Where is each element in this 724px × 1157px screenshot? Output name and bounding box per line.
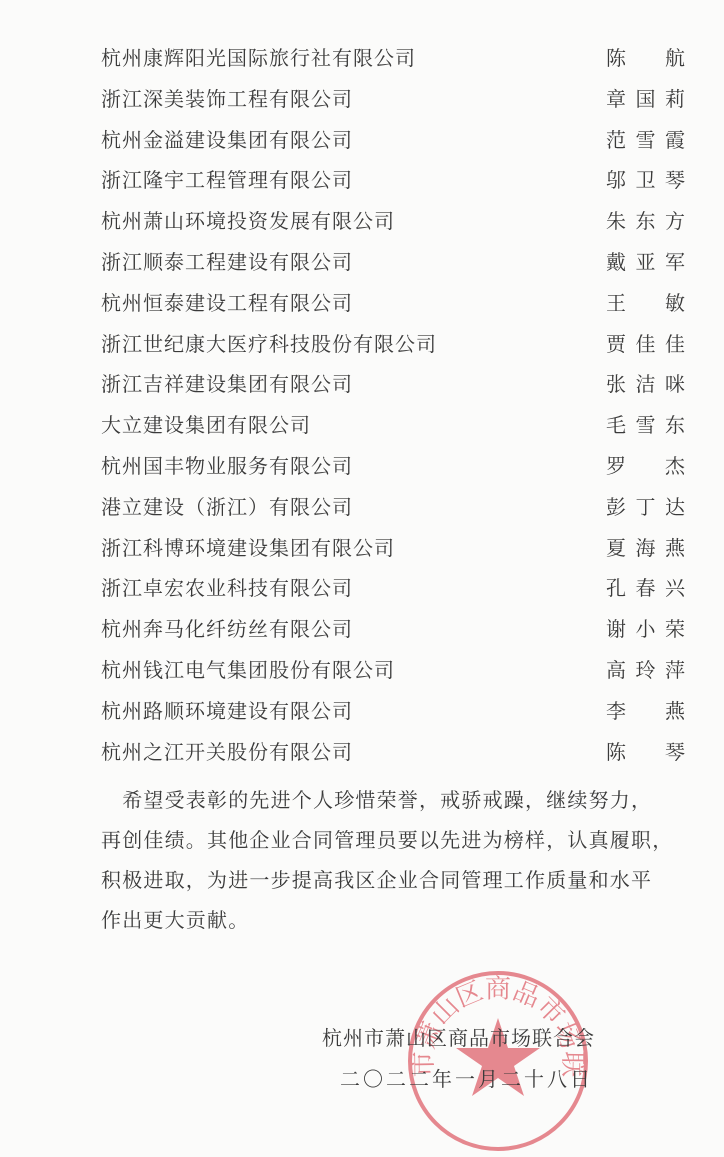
company-name: 杭州国丰物业服务有限公司	[101, 446, 353, 486]
person-name: 范雪霞	[606, 120, 686, 160]
paragraph-line: 作出更大贡献。	[101, 900, 701, 940]
person-name: 戴亚军	[606, 242, 686, 282]
paragraph-line: 积极进取，为进一步提高我区企业合同管理工作质量和水平	[101, 860, 701, 900]
company-name: 浙江隆宇工程管理有限公司	[101, 160, 353, 200]
person-name: 李 燕	[606, 691, 686, 731]
honoree-row: 浙江隆宇工程管理有限公司邬卫琴	[101, 160, 601, 201]
honoree-row: 杭州恒泰建设工程有限公司王 敏	[101, 283, 601, 324]
official-seal-icon: 杭州市萧山区商品市场联合会	[398, 966, 598, 1156]
company-name: 杭州奔马化纤纺丝有限公司	[101, 609, 353, 649]
company-name: 杭州路顺环境建设有限公司	[101, 691, 353, 731]
person-name: 夏海燕	[606, 528, 686, 568]
person-name: 贾佳佳	[606, 324, 686, 364]
company-name: 浙江吉祥建设集团有限公司	[101, 364, 353, 404]
company-name: 港立建设（浙江）有限公司	[101, 487, 353, 527]
company-name: 杭州金溢建设集团有限公司	[101, 120, 353, 160]
person-name: 谢小荣	[606, 609, 686, 649]
honoree-row: 港立建设（浙江）有限公司彭丁达	[101, 487, 601, 528]
closing-paragraph: 希望受表彰的先进个人珍惜荣誉，戒骄戒躁，继续努力， 再创佳绩。其他企业合同管理员…	[101, 780, 701, 940]
signing-date: 二〇二二年一月二十八日	[340, 1063, 593, 1092]
paragraph-line: 希望受表彰的先进个人珍惜荣誉，戒骄戒躁，继续努力，	[101, 780, 701, 820]
company-name: 浙江卓宏农业科技有限公司	[101, 568, 353, 608]
person-name: 毛雪东	[606, 405, 686, 445]
person-name: 王 敏	[606, 283, 686, 323]
honoree-row: 浙江吉祥建设集团有限公司张洁咪	[101, 364, 601, 405]
person-name: 邬卫琴	[606, 160, 686, 200]
company-name: 浙江世纪康大医疗科技股份有限公司	[101, 324, 437, 364]
person-name: 朱东方	[606, 201, 686, 241]
company-name: 浙江深美装饰工程有限公司	[101, 79, 353, 119]
honoree-row: 浙江科博环境建设集团有限公司夏海燕	[101, 528, 601, 569]
honoree-row: 大立建设集团有限公司毛雪东	[101, 405, 601, 446]
honoree-row: 浙江卓宏农业科技有限公司孔春兴	[101, 568, 601, 609]
company-name: 杭州康辉阳光国际旅行社有限公司	[101, 38, 416, 78]
honoree-row: 杭州国丰物业服务有限公司罗 杰	[101, 446, 601, 487]
company-name: 杭州钱江电气集团股份有限公司	[101, 650, 395, 690]
paragraph-line: 再创佳绩。其他企业合同管理员要以先进为榜样，认真履职，	[101, 820, 701, 860]
honoree-row: 杭州之江开关股份有限公司陈 琴	[101, 732, 601, 773]
person-name: 彭丁达	[606, 487, 686, 527]
honoree-row: 浙江顺泰工程建设有限公司戴亚军	[101, 242, 601, 283]
person-name: 高玲萍	[606, 650, 686, 690]
person-name: 罗 杰	[606, 446, 686, 486]
company-name: 杭州恒泰建设工程有限公司	[101, 283, 353, 323]
company-name: 浙江顺泰工程建设有限公司	[101, 242, 353, 282]
honoree-row: 杭州萧山环境投资发展有限公司朱东方	[101, 201, 601, 242]
company-name: 浙江科博环境建设集团有限公司	[101, 528, 395, 568]
person-name: 孔春兴	[606, 568, 686, 608]
person-name: 陈 航	[606, 38, 686, 78]
honoree-row: 杭州钱江电气集团股份有限公司高玲萍	[101, 650, 601, 691]
honoree-row: 杭州路顺环境建设有限公司李 燕	[101, 691, 601, 732]
honoree-row: 杭州金溢建设集团有限公司范雪霞	[101, 120, 601, 161]
person-name: 章国莉	[606, 79, 686, 119]
signing-organization: 杭州市萧山区商品市场联合会	[322, 1022, 595, 1051]
honoree-row: 浙江世纪康大医疗科技股份有限公司贾佳佳	[101, 324, 601, 365]
honoree-row: 杭州奔马化纤纺丝有限公司谢小荣	[101, 609, 601, 650]
honoree-row: 浙江深美装饰工程有限公司章国莉	[101, 79, 601, 120]
company-name: 杭州萧山环境投资发展有限公司	[101, 201, 395, 241]
person-name: 张洁咪	[606, 364, 686, 404]
company-name: 杭州之江开关股份有限公司	[101, 732, 353, 772]
honoree-row: 杭州康辉阳光国际旅行社有限公司陈 航	[101, 38, 601, 79]
company-name: 大立建设集团有限公司	[101, 405, 311, 445]
honoree-list: 杭州康辉阳光国际旅行社有限公司陈 航 浙江深美装饰工程有限公司章国莉 杭州金溢建…	[101, 38, 601, 772]
person-name: 陈 琴	[606, 732, 686, 772]
